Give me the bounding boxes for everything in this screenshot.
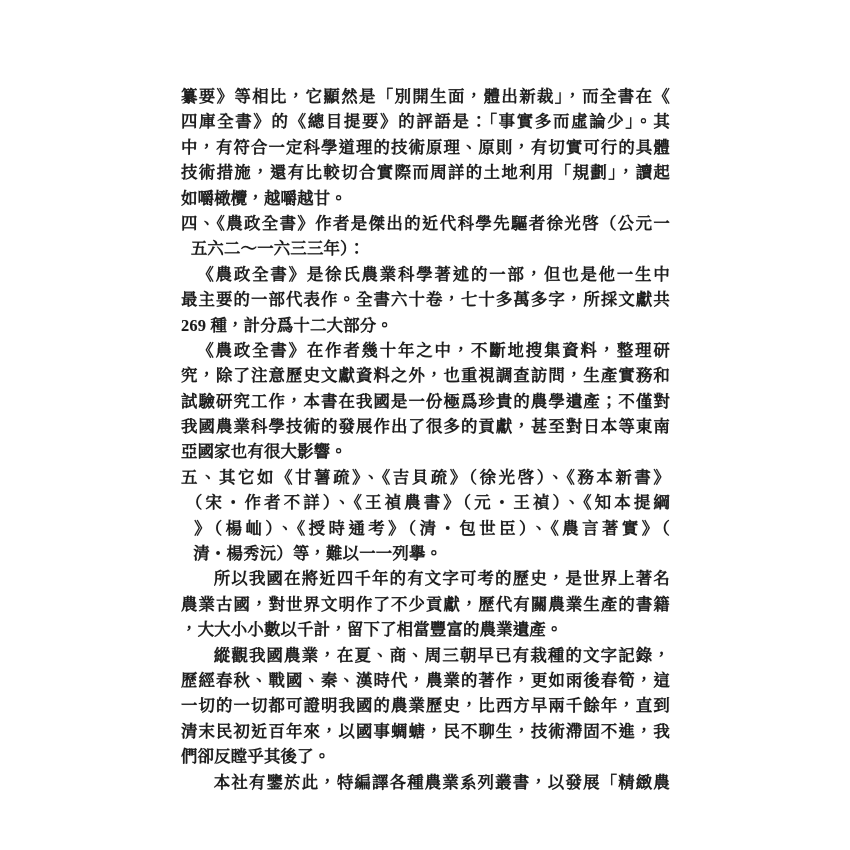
text-line: 《農政全書》是徐氏農業科學著述的一部，但也是他一生中 xyxy=(181,262,670,287)
text-line: 269 種，計分爲十二大部分。 xyxy=(181,313,670,338)
text-line: 歷經春秋、戰國、秦、漢時代，農業的著作，更如雨後春筍，這 xyxy=(181,668,670,693)
text-line: 亞國家也有很大影響。 xyxy=(181,439,670,464)
text-line: 技術措施，還有比較切合實際而周詳的土地利用「規劃」，讀起 xyxy=(181,160,670,185)
text-line: 五六二～一六三三年）： xyxy=(181,236,670,261)
text-line: 試驗研究工作，本書在我國是一份極爲珍貴的農學遺產；不僅對 xyxy=(181,389,670,414)
text-line: 中，有符合一定科學道理的技術原理、原則，有切實可行的具體 xyxy=(181,135,670,160)
text-line: ，大大小小數以千計，留下了相當豐富的農業遺產。 xyxy=(181,617,670,642)
text-line: 纂要》等相比，它顯然是「別開生面，體出新裁」，而全書在《 xyxy=(181,84,670,109)
text-line: 最主要的一部代表作。全書六十卷，七十多萬多字，所採文獻共 xyxy=(181,287,670,312)
text-line: 本社有鑒於此，特編譯各種農業系列叢書，以發展「精緻農 xyxy=(181,770,670,795)
text-line: 我國農業科學技術的發展作出了很多的貢獻，甚至對日本等東南 xyxy=(181,414,670,439)
text-line: 清・楊秀沅）等，難以一一列擧。 xyxy=(181,541,670,566)
text-line: 》（楊屾）、《授時通考》（清・包世臣）、《農言著實》（ xyxy=(181,516,670,541)
text-line: 究，除了注意歷史文獻資料之外，也重視調查訪問，生產實務和 xyxy=(181,363,670,388)
text-line: （宋・作者不詳）、《王禎農書》（元・王禎）、《知本提綱 xyxy=(181,490,670,515)
scanned-book-page: 纂要》等相比，它顯然是「別開生面，體出新裁」，而全書在《四庫全書》的《總目提要》… xyxy=(0,0,850,850)
text-line: 農業古國，對世界文明作了不少貢獻，歷代有關農業生產的書籍 xyxy=(181,592,670,617)
text-line: 縱觀我國農業，在夏、商、周三朝早已有栽種的文字記錄， xyxy=(181,643,670,668)
text-line: 《農政全書》在作者幾十年之中，不斷地搜集資料，整理研 xyxy=(181,338,670,363)
text-line: 五、其它如《甘薯疏》、《吉貝疏》（徐光啓）、《務本新書》 xyxy=(181,465,670,490)
text-line: 四庫全書》的《總目提要》的評語是：「事實多而虛論少」。其 xyxy=(181,109,670,134)
text-line: 如嚼橄欖，越嚼越甘。 xyxy=(181,186,670,211)
text-line: 所以我國在將近四千年的有文字可考的歷史，是世界上著名 xyxy=(181,566,670,591)
text-line: 一切的一切都可證明我國的農業歷史，比西方早兩千餘年，直到 xyxy=(181,693,670,718)
text-line: 四、《農政全書》作者是傑出的近代科學先驅者徐光啓（公元一 xyxy=(181,211,670,236)
text-line: 清末民初近百年來，以國事蜩螗，民不聊生，技術滯固不進，我 xyxy=(181,719,670,744)
text-line: 們卻反瞠乎其後了。 xyxy=(181,744,670,769)
page-text: 纂要》等相比，它顯然是「別開生面，體出新裁」，而全書在《四庫全書》的《總目提要》… xyxy=(181,84,670,795)
